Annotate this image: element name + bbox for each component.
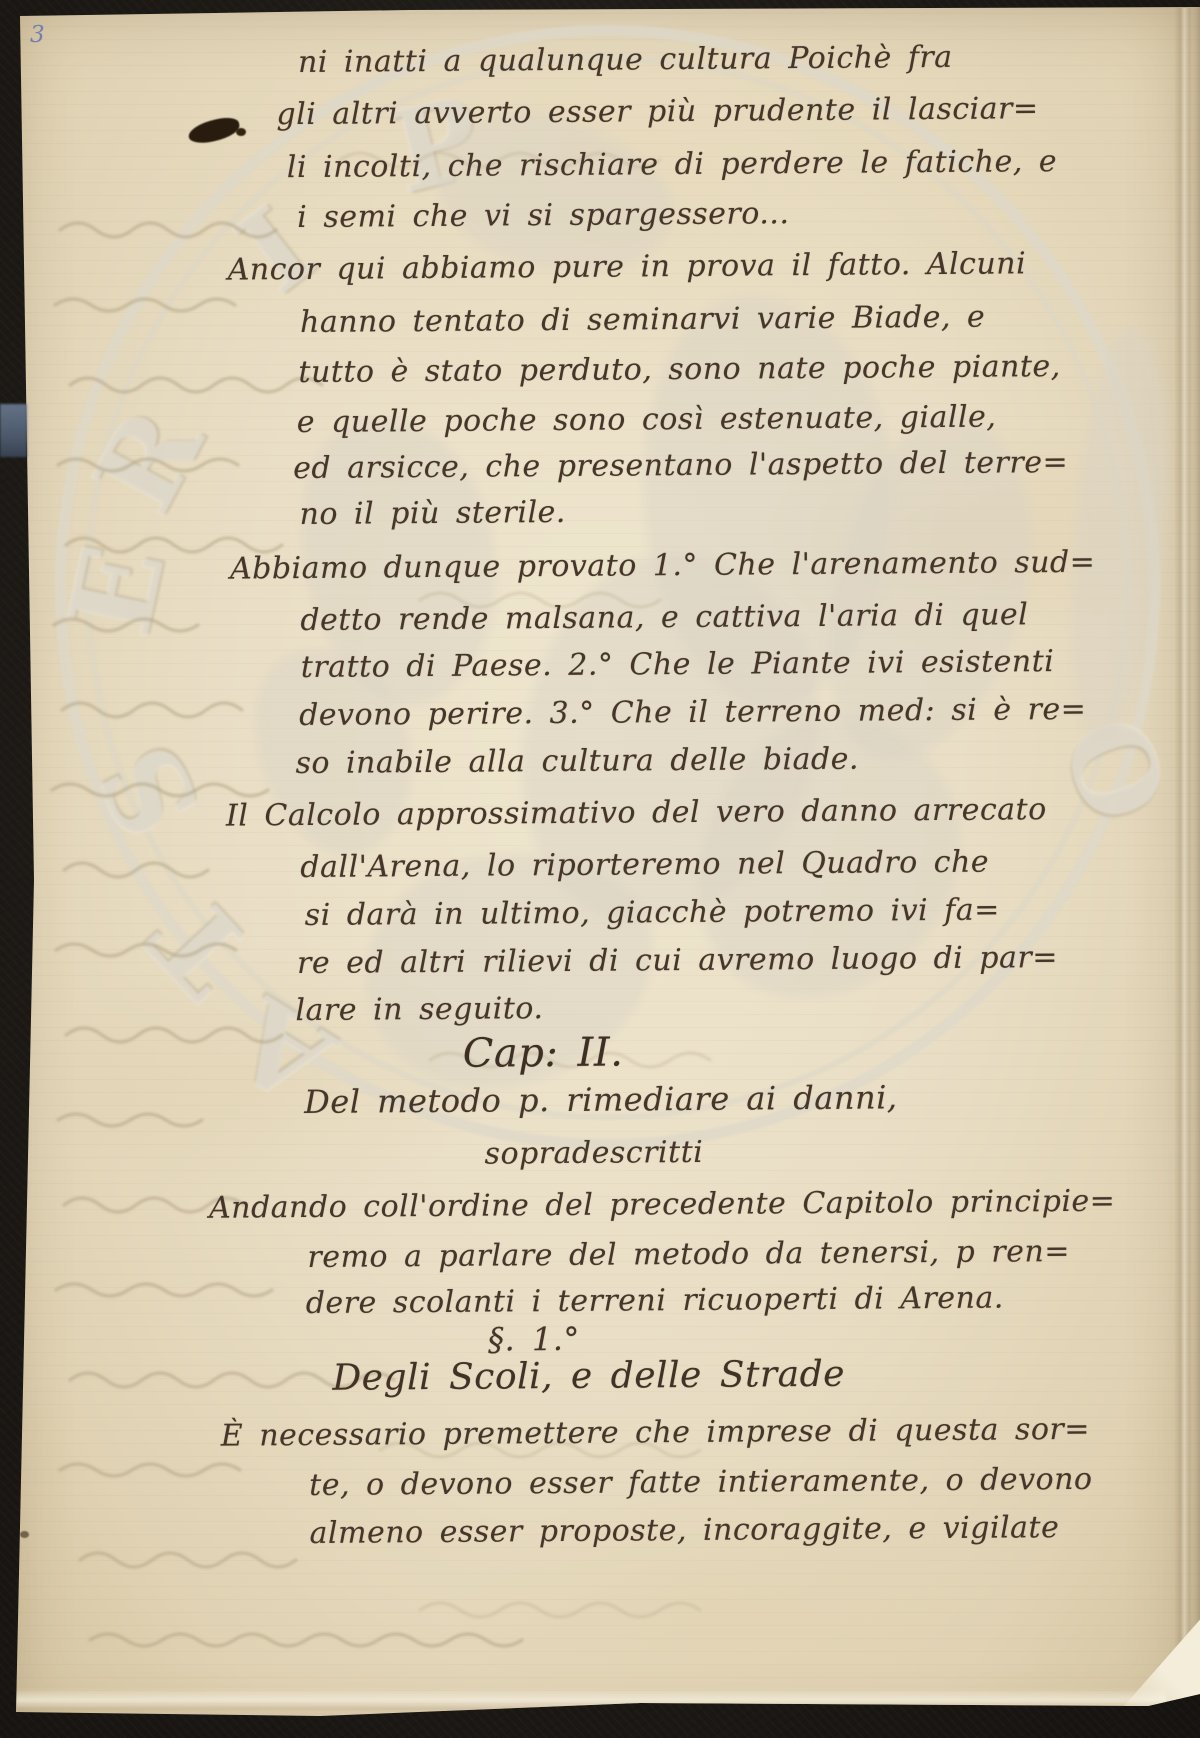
manuscript-line: almeno esser proposte, incoraggite, e vi… xyxy=(309,1510,1059,1551)
manuscript-line: detto rende malsana, e cattiva l'aria di… xyxy=(300,597,1028,638)
manuscript-text: ni inatti a qualunque cultura Poichè fra… xyxy=(0,0,1200,1738)
manuscript-line: i semi che vi si spargessero... xyxy=(297,196,789,235)
manuscript-line: Andando coll'ordine del precedente Capit… xyxy=(209,1184,1116,1226)
manuscript-paper: P I R E S T A O xyxy=(0,0,1200,1738)
chapter-number-heading: Cap: II. xyxy=(463,1029,624,1076)
manuscript-line: È necessario premettere che imprese di q… xyxy=(221,1412,1090,1454)
manuscript-line: dall'Arena, lo riporteremo nel Quadro ch… xyxy=(300,845,989,885)
chapter-title: Del metodo p. rimediare ai danni, xyxy=(304,1078,898,1121)
manuscript-line: Il Calcolo approssimativo del vero danno… xyxy=(226,792,1047,833)
blue-pen-numeral: 3 xyxy=(30,22,45,48)
manuscript-line: re ed altri rilievi di cui avremo luogo … xyxy=(297,940,1058,981)
manuscript-line: tutto è stato perduto, sono nate poche p… xyxy=(298,349,1061,390)
manuscript-line: tratto di Paese. 2.° Che le Piante ivi e… xyxy=(301,644,1055,685)
paper-bottom-edge xyxy=(16,1688,1166,1710)
section-title: Degli Scoli, e delle Strade xyxy=(332,1354,845,1399)
manuscript-line: Ancor qui abbiamo pure in prova il fatto… xyxy=(228,246,1027,287)
manuscript-line: no il più sterile. xyxy=(299,495,566,532)
scan-background: P I R E S T A O xyxy=(0,0,1200,1738)
manuscript-line: gli altri avverto esser più prudente il … xyxy=(276,91,1038,132)
chapter-subtitle: sopradescritti xyxy=(484,1135,703,1172)
paper-crease xyxy=(1174,8,1192,1696)
manuscript-line: ed arsicce, che presentano l'aspetto del… xyxy=(293,445,1068,486)
manuscript-line: devono perire. 3.° Che il terreno med: s… xyxy=(299,692,1086,733)
manuscript-line: e quelle poche sono così estenuate, gial… xyxy=(297,400,997,440)
section-symbol-heading: §. 1.° xyxy=(488,1320,580,1359)
manuscript-line: li incolti, che rischiare di perdere le … xyxy=(287,144,1058,185)
ink-speck xyxy=(20,1531,29,1538)
scanner-artifact-mark xyxy=(0,404,27,457)
manuscript-line: dere scolanti i terreni ricuoperti di Ar… xyxy=(306,1281,1004,1321)
manuscript-line: remo a parlare del metodo da tenersi, p … xyxy=(307,1234,1070,1275)
manuscript-line: hanno tentato di seminarvi varie Biade, … xyxy=(300,300,985,340)
manuscript-line: so inabile alla cultura delle biade. xyxy=(295,742,859,781)
manuscript-line: ni inatti a qualunque cultura Poichè fra xyxy=(298,40,953,80)
manuscript-line: te, o devono esser fatte intieramente, o… xyxy=(309,1462,1093,1503)
manuscript-line: Abbiamo dunque provato 1.° Che l'arename… xyxy=(230,545,1096,587)
manuscript-line: si darà in ultimo, giacchè potremo ivi f… xyxy=(305,893,1000,933)
manuscript-line: lare in seguito. xyxy=(295,991,543,1028)
ink-blot-dot xyxy=(236,128,246,136)
